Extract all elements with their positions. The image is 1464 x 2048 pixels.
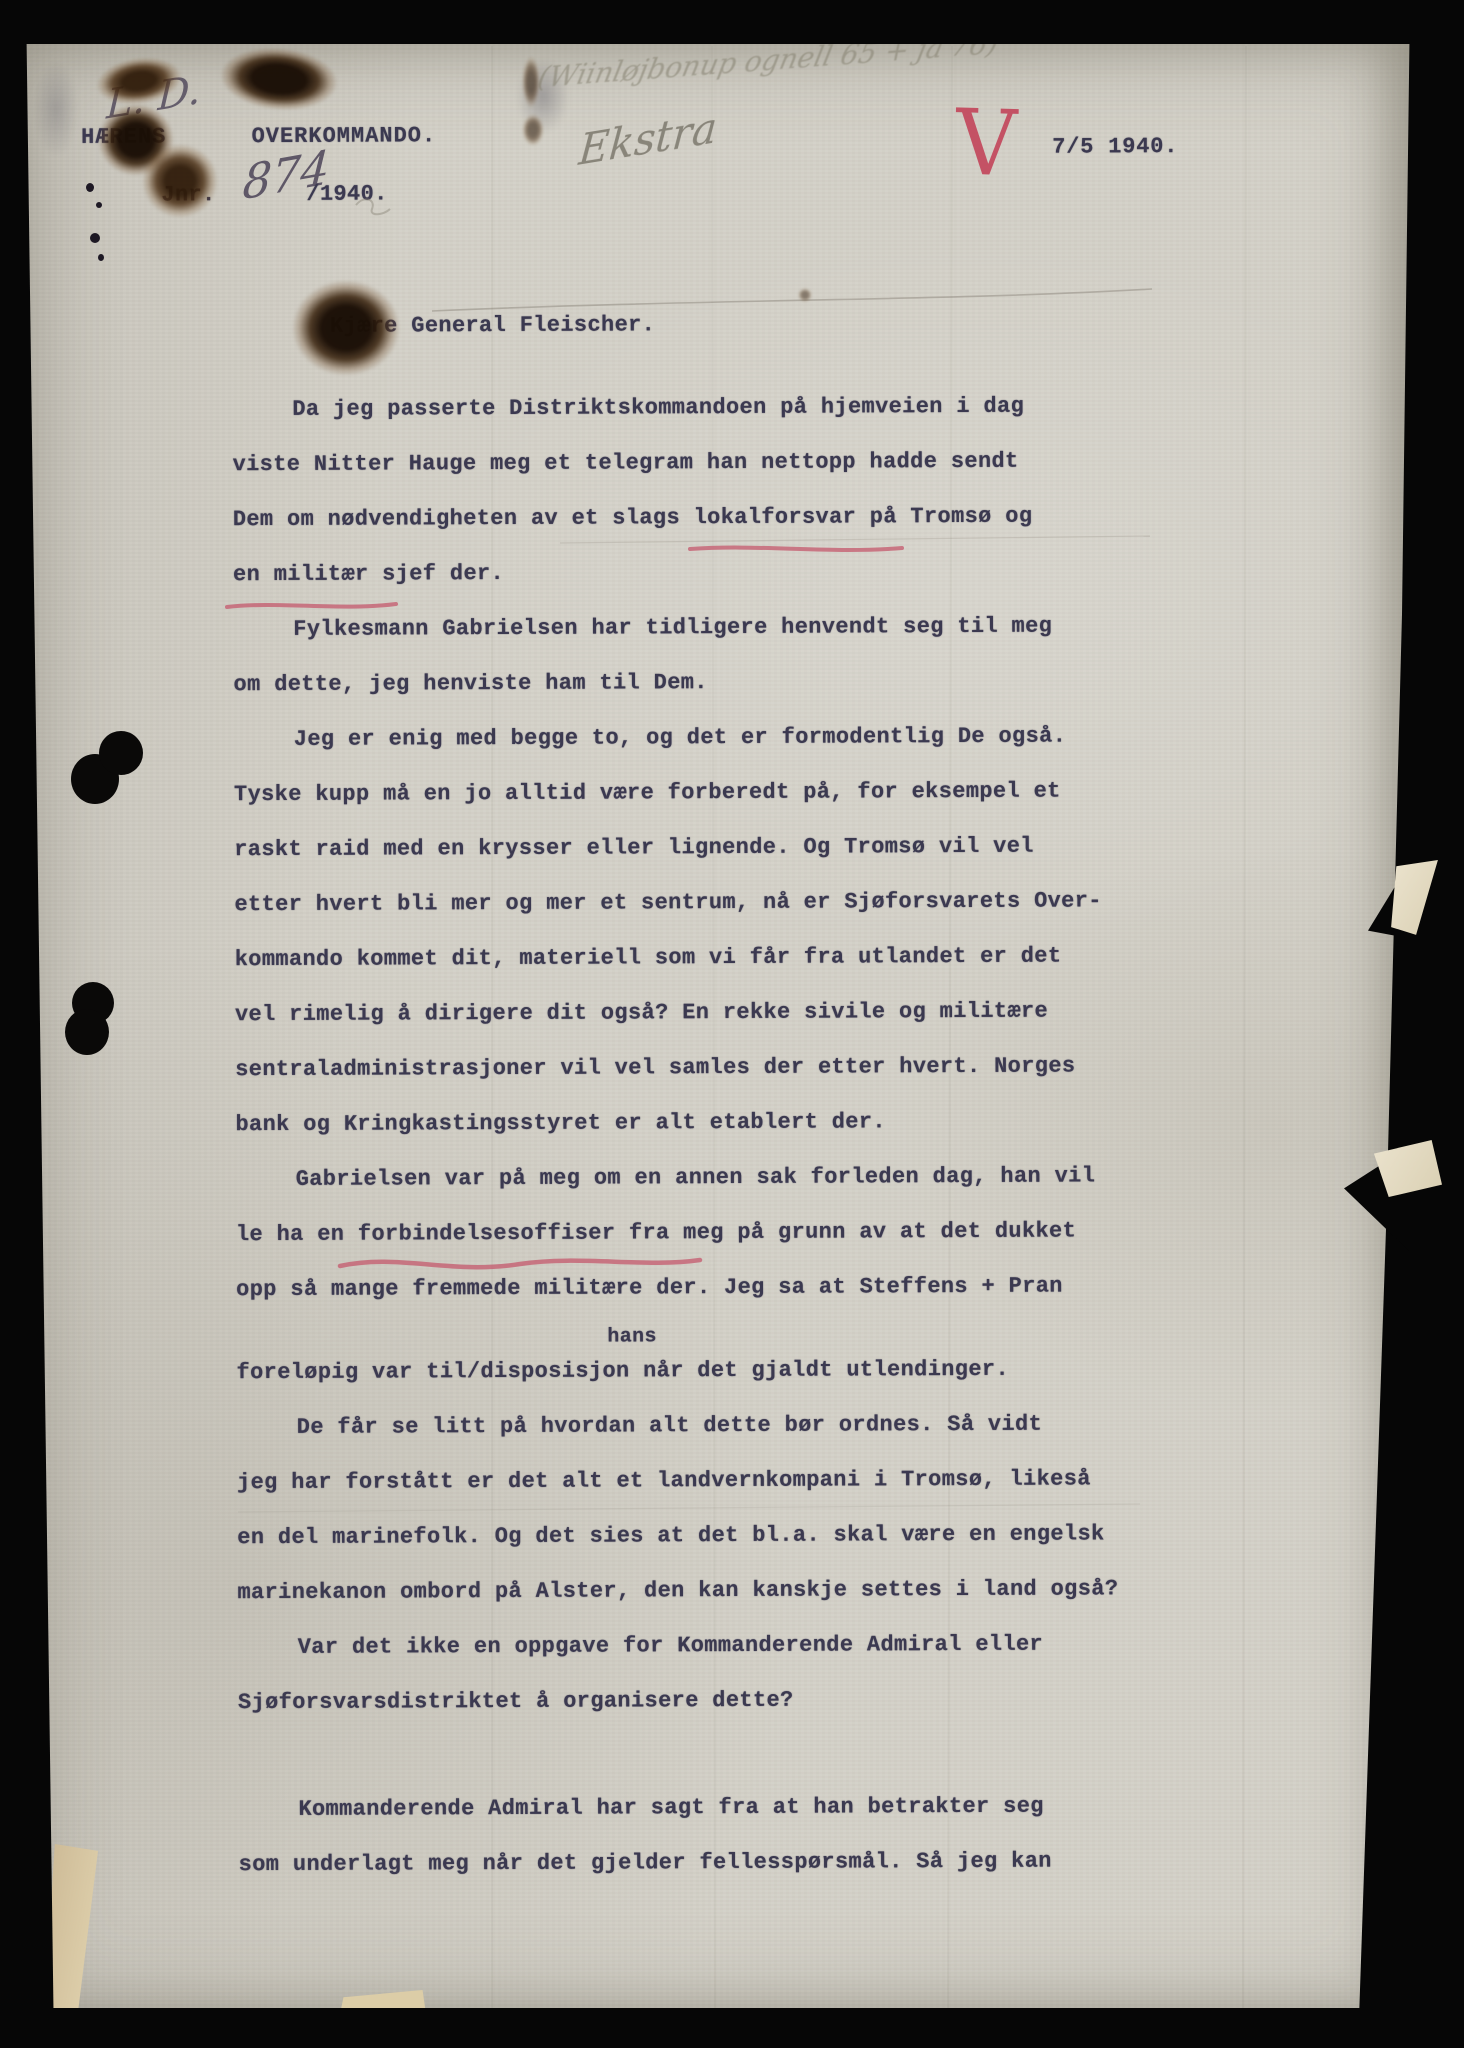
- scanned-letter-page: L. D. HÆRENS OVERKOMMANDO. Jnr. 874 /194…: [0, 0, 1464, 2048]
- scan-border-bottom: [0, 2008, 1464, 2048]
- typed-line: Tyske kupp må en jo alltid være forbered…: [234, 777, 1061, 811]
- inserted-word: hans: [607, 1322, 657, 1352]
- typed-line: opp så mange fremmede militære der. Jeg …: [236, 1272, 1063, 1306]
- typed-line: le ha en forbindelsesoffiser fra meg på …: [236, 1217, 1076, 1251]
- red-checkmark: V: [955, 89, 1018, 197]
- typed-line: Gabrielsen var på meg om en annen sak fo…: [296, 1161, 1096, 1194]
- letter-content: L. D. HÆRENS OVERKOMMANDO. Jnr. 874 /194…: [0, 0, 1464, 2048]
- typed-line: vel rimelig å dirigere dit også? En rekk…: [235, 997, 1048, 1031]
- punch-hole: [99, 731, 143, 775]
- typed-line: en militær sjef der.: [233, 559, 504, 590]
- typed-line: kommando kommet dit, materiell som vi få…: [235, 942, 1062, 976]
- typed-line: jeg har forstått er det alt et landvernk…: [237, 1464, 1091, 1498]
- scan-border-top: [0, 0, 1464, 44]
- typed-line: Fylkesmann Gabrielsen har tidligere henv…: [293, 612, 1052, 645]
- typed-line: om dette, jeg henviste ham til Dem.: [233, 668, 707, 700]
- journal-year: /1940.: [306, 179, 387, 209]
- punch-hole: [65, 1009, 109, 1055]
- typed-line: sentraladministrasjoner vil vel samles d…: [235, 1052, 1075, 1086]
- typed-line: bank og Kringkastingsstyret er alt etabl…: [235, 1107, 886, 1140]
- typed-line: Var det ikke en oppgave for Kommanderend…: [298, 1630, 1043, 1663]
- typed-line: Sjøforsvarsdistriktet å organisere dette…: [238, 1686, 794, 1718]
- ink-stain: [142, 144, 218, 218]
- typed-line: marinekanon ombord på Alster, den kan ka…: [237, 1574, 1118, 1608]
- typed-line: Kommanderende Admiral har sagt fra at ha…: [298, 1792, 1043, 1825]
- ink-stain: [798, 288, 812, 302]
- typed-line: etter hvert bli mer og mer et sentrum, n…: [234, 886, 1101, 920]
- ink-speck: [98, 254, 104, 261]
- typed-line: Da jeg passerte Distriktskommandoen på h…: [292, 392, 1024, 425]
- typed-line: De får se litt på hvordan alt dette bør …: [297, 1410, 1042, 1443]
- typed-line: en del marinefolk. Og det sies at det bl…: [237, 1519, 1104, 1553]
- ink-stain: [522, 56, 540, 108]
- typed-line: som underlagt meg når det gjelder felles…: [239, 1847, 1052, 1881]
- typed-line: Dem om nødvendigheten av et slags lokalf…: [233, 502, 1033, 535]
- ink-speck: [86, 183, 94, 192]
- typed-line: foreløpig var til/disposisjon når det gj…: [236, 1355, 1009, 1388]
- ink-speck: [96, 202, 102, 208]
- ink-stain: [522, 114, 544, 146]
- ink-stain: [292, 280, 400, 376]
- typed-line: viste Nitter Hauge meg et telegram han n…: [232, 447, 1018, 480]
- date: 7/5 1940.: [1052, 132, 1178, 163]
- pencil-annotation-ekstra: Ekstra: [577, 102, 719, 175]
- ink-speck: [90, 233, 100, 243]
- typed-line: raskt raid med en krysser eller lignende…: [234, 832, 1034, 865]
- typed-line: Jeg er enig med begge to, og det er form…: [294, 722, 1067, 755]
